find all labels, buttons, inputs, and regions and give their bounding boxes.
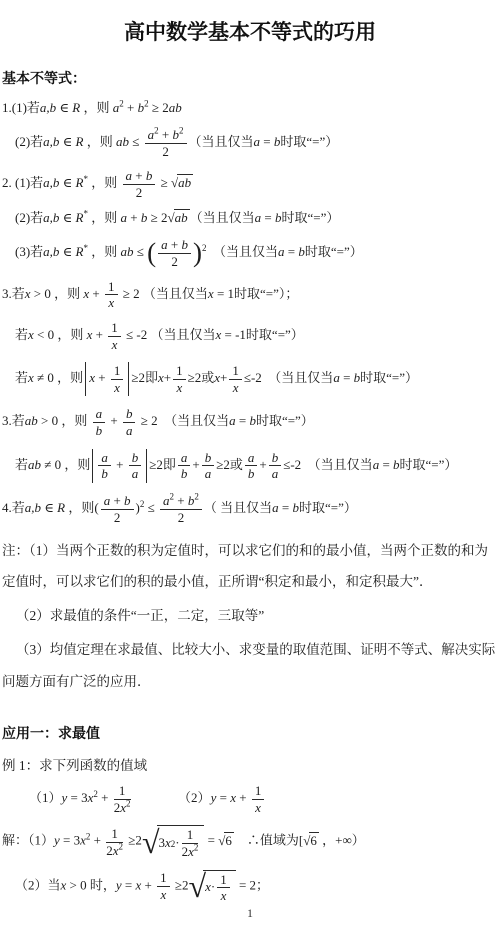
math-text: 2. (1)若 — [2, 175, 43, 190]
math-text: = -1时取“=”） — [221, 327, 304, 342]
big-paren: ) — [193, 238, 202, 268]
math-variable: ab — [28, 457, 41, 472]
math-text: ∈ — [59, 175, 75, 190]
math-text: （当且仅当 — [189, 134, 254, 149]
radicand: 6 — [309, 832, 319, 848]
math-text: 2 — [114, 510, 121, 525]
math-text: · — [175, 835, 179, 852]
fraction: 1x — [105, 280, 118, 310]
math-line: 若ab ≠ 0 ，则ab + ba≥2即ab+ba≥2或ab+ba≤-2 （当且… — [2, 449, 498, 483]
math-line: 若x < 0 ，则 x + 1x ≤ -2 （当且仅当x = -1时取“=”） — [2, 321, 498, 351]
math-line: 1.(1)若a,b ∈ R ，则 a2 + b2 ≥ 2ab — [2, 100, 498, 117]
math-text: ，+∞） — [319, 833, 365, 848]
math-variable: b — [146, 168, 153, 183]
fraction-denominator: b — [245, 466, 258, 481]
fraction-numerator: 1 — [108, 321, 121, 337]
math-text: 1 — [176, 363, 183, 378]
math-text: (2)若 — [15, 210, 43, 225]
math-variable: x — [112, 337, 118, 352]
paragraph: （2）求最值的条件“一正，二定，三取等” — [2, 600, 498, 631]
fraction-numerator: b — [202, 451, 215, 467]
math-text: 6 — [225, 833, 232, 848]
fraction: 12x2 — [106, 827, 123, 857]
math-variable: a — [126, 423, 133, 438]
fraction-denominator: a — [129, 466, 142, 481]
fraction-numerator: b — [123, 407, 136, 423]
fraction-numerator: 1 — [252, 784, 265, 800]
math-text: + — [141, 877, 155, 892]
fraction-numerator: b — [129, 451, 142, 467]
math-text: < 0 ，则 — [34, 327, 87, 342]
math-text: + — [92, 327, 106, 342]
fraction-denominator: a — [269, 466, 282, 481]
math-text: + — [192, 457, 199, 472]
radicand: x·1x — [203, 870, 236, 903]
fraction: ab — [93, 407, 106, 437]
math-text: (2)若 — [15, 134, 43, 149]
math-text: = 2； — [236, 877, 269, 892]
math-text: + — [113, 457, 127, 472]
math-text: ∈ — [59, 134, 75, 149]
math-variable: b — [181, 466, 188, 481]
fraction-denominator: 2x2 — [106, 843, 123, 858]
math-variable: ab — [169, 100, 182, 115]
math-variable: a — [96, 406, 103, 421]
math-text: （ 当且仅当 — [204, 500, 272, 515]
fraction-numerator: 1 — [157, 871, 170, 887]
math-text: （当且仅当 — [190, 210, 255, 225]
superscript: 2 — [179, 126, 184, 136]
paragraph: 例 1：求下列函数的值域 — [2, 755, 498, 777]
math-text: + — [159, 127, 173, 142]
absolute-value: x + 1x — [85, 362, 129, 396]
math-variable: a — [272, 466, 279, 481]
math-line: 2. (1)若a,b ∈ R* ，则 a + b2 ≥ √ab — [2, 169, 498, 199]
math-text: = — [279, 500, 293, 515]
superscript: 2 — [126, 798, 131, 808]
math-text: + — [164, 370, 171, 385]
math-text: ，则( — [65, 500, 99, 515]
fraction-denominator: x — [173, 380, 186, 395]
fraction-numerator: a + b — [101, 494, 134, 510]
math-text: 时取“=”） — [280, 134, 338, 149]
math-text: 时取“=”） — [360, 370, 418, 385]
math-text: > 0 ，则 — [31, 286, 84, 301]
math-text: + — [220, 370, 227, 385]
math-text: ，则 — [80, 100, 113, 115]
fraction: ba — [269, 451, 282, 481]
math-text: = — [260, 134, 274, 149]
math-text: ≥ — [157, 175, 171, 190]
math-text: ≠ 0 ，则 — [41, 457, 90, 472]
math-text: 6 — [310, 833, 317, 848]
math-variable: x — [161, 887, 167, 902]
fraction-numerator: 1 — [106, 827, 123, 843]
fraction-numerator: 1 — [217, 873, 230, 889]
math-text: 时取“=”） — [299, 500, 357, 515]
math-variable: b — [126, 406, 133, 421]
fraction-denominator: 2 — [101, 510, 134, 525]
math-text: ≤ -2 （当且仅当 — [123, 327, 216, 342]
math-text: ∈ — [59, 244, 75, 259]
math-text: = 3 — [60, 833, 80, 848]
square-root: √ab — [171, 175, 193, 192]
math-text: + — [259, 457, 266, 472]
math-variable: R — [76, 175, 84, 190]
math-variable: ab — [121, 244, 134, 259]
math-variable: ab — [116, 134, 129, 149]
math-text: 时取“=”） — [305, 244, 363, 259]
math-text: ≥2即 — [131, 370, 158, 385]
math-text: + — [98, 790, 112, 805]
document-body: 基本不等式：1.(1)若a,b ∈ R ，则 a2 + b2 ≥ 2ab(2)若… — [2, 68, 498, 903]
fraction-denominator: x — [111, 380, 124, 395]
section-heading: 应用一：求最值 — [2, 723, 498, 743]
fraction-denominator: b — [98, 466, 111, 481]
math-text: 2 — [171, 254, 178, 269]
math-variable: ab — [175, 210, 188, 225]
math-text: 1.(1)若 — [2, 100, 40, 115]
math-variable: x — [221, 888, 227, 903]
math-text: ，则 — [88, 244, 121, 259]
math-text: + — [107, 414, 121, 429]
math-text: 2 — [136, 185, 143, 200]
math-text: 2 — [178, 510, 185, 525]
page-title: 高中数学基本不等式的巧用 — [2, 16, 498, 46]
radicand: ab — [177, 174, 193, 190]
math-text: = — [261, 210, 275, 225]
math-variable: b — [248, 466, 255, 481]
math-text: 1 — [111, 320, 118, 335]
math-text: · — [211, 879, 215, 896]
math-line: (3)若a,b ∈ R* ，则 ab ≤ (a + b2)2 （当且仅当a = … — [2, 238, 498, 268]
superscript: 2 — [194, 843, 199, 853]
math-text: 解：（1） — [2, 833, 54, 848]
math-text: 1 — [255, 783, 262, 798]
math-text: 时取“=”） — [282, 210, 340, 225]
math-text: ≥2 — [172, 877, 189, 892]
fraction: ab — [245, 451, 258, 481]
math-text: ≤-2 （当且仅当 — [244, 370, 333, 385]
fraction-denominator: x — [252, 800, 265, 815]
fraction-numerator: 1 — [229, 364, 242, 380]
math-variable: b — [101, 466, 108, 481]
math-text: ≥ 2 — [149, 100, 169, 115]
square-root: √6 — [218, 833, 234, 850]
math-text: 1 — [220, 872, 227, 887]
math-variable: a,b — [25, 500, 41, 515]
math-line: 3.若ab > 0 ，则 ab + ba ≥ 2 （当且仅当a = b时取“=”… — [2, 407, 498, 437]
math-text: + — [110, 493, 124, 508]
square-root: √x·1x — [189, 870, 236, 903]
math-text: + — [89, 286, 103, 301]
fraction: 12x2 — [114, 784, 131, 814]
math-line: 若x ≠ 0 ，则x + 1x≥2即x+1x≥2或x+1x≤-2 （当且仅当a … — [2, 362, 498, 396]
math-text: ≥2 — [125, 833, 142, 848]
radicand: ab — [174, 209, 190, 225]
math-text: 若 — [15, 457, 28, 472]
math-text: + — [124, 100, 138, 115]
math-text: 1 — [187, 827, 194, 842]
math-text: （2） — [133, 790, 211, 805]
fraction-numerator: a + b — [123, 169, 156, 185]
square-root: √6 — [303, 833, 319, 850]
math-text: + — [132, 168, 146, 183]
math-text: = — [122, 877, 136, 892]
math-text: = — [379, 457, 393, 472]
math-variable: R — [76, 134, 84, 149]
math-text: 1 — [108, 279, 115, 294]
paragraph: 注：（1）当两个正数的积为定值时，可以求它们的和的最小值，当两个正数的和为定值时… — [2, 535, 498, 597]
math-text: > 0 ，则 — [38, 414, 91, 429]
superscript: 2 — [194, 492, 199, 502]
math-variable: b — [96, 423, 103, 438]
fraction-denominator: 2 — [123, 185, 156, 200]
math-variable: a — [181, 450, 188, 465]
math-line: 解：（1）y = 3x2 + 12x2 ≥2√3x2·12x2 = √6 ∴值域… — [2, 825, 498, 858]
math-text: + — [127, 210, 141, 225]
fraction: a2 + b22 — [145, 128, 187, 158]
math-line: (2)若a,b ∈ R* ，则 a + b ≥ 2√ab（当且仅当a = b时取… — [2, 210, 498, 227]
math-text: = — [340, 370, 354, 385]
math-variable: a — [205, 466, 212, 481]
math-variable: a — [101, 450, 108, 465]
fraction-denominator: 2 — [158, 254, 191, 269]
math-variable: a,b — [43, 134, 59, 149]
fraction-denominator: a — [202, 466, 215, 481]
page-number: 1 — [0, 906, 500, 921]
math-text: + — [168, 237, 182, 252]
math-variable: x — [255, 800, 261, 815]
math-variable: R — [76, 210, 84, 225]
math-text: 1 — [232, 363, 239, 378]
math-text: 时取“=”） — [400, 457, 458, 472]
fraction: 1x — [111, 364, 124, 394]
math-text: ∈ — [56, 100, 72, 115]
math-text: ，则 — [88, 175, 121, 190]
math-variable: a,b — [43, 210, 59, 225]
math-text: ≥2或 — [188, 370, 215, 385]
fraction-denominator: 2x2 — [182, 844, 199, 859]
math-text: （当且仅当 — [207, 244, 279, 259]
fraction: 1x — [173, 364, 186, 394]
math-text: = — [236, 414, 250, 429]
math-text: 4.若 — [2, 500, 25, 515]
math-text: 3.若 — [2, 286, 25, 301]
square-root: √ab — [168, 210, 190, 227]
math-variable: a,b — [43, 175, 59, 190]
math-text: = 1时取“=”）； — [214, 286, 299, 301]
math-variable: ab — [178, 175, 191, 190]
fraction: 1x — [217, 873, 230, 903]
math-line: (2)若a,b ∈ R ，则 ab ≤ a2 + b22（当且仅当a = b时取… — [2, 128, 498, 158]
math-text: + — [236, 790, 250, 805]
math-text: 1 — [119, 783, 126, 798]
radicand: 6 — [224, 832, 234, 848]
fraction: ab — [178, 451, 191, 481]
fraction: 12x2 — [182, 828, 199, 858]
fraction-numerator: a — [178, 451, 191, 467]
fraction-denominator: x — [217, 888, 230, 903]
math-text: 1 — [114, 363, 121, 378]
superscript: 2 — [119, 841, 124, 851]
math-text: （2）当 — [15, 877, 61, 892]
math-text: ≥ 2 （当且仅当 — [137, 414, 229, 429]
math-variable: a — [132, 466, 139, 481]
math-text: ≤ — [129, 134, 143, 149]
radical-sign-icon: √ — [168, 210, 174, 225]
math-variable: b — [124, 493, 131, 508]
math-text: ≥2或 — [216, 457, 243, 472]
fraction-numerator: 1 — [114, 784, 131, 800]
math-text: 3.若 — [2, 414, 25, 429]
fraction-denominator: x — [229, 380, 242, 395]
fraction-denominator: 2 — [145, 144, 187, 159]
fraction: a + b2 — [123, 169, 156, 199]
math-variable: x — [108, 295, 114, 310]
fraction: ba — [202, 451, 215, 481]
math-text: 若 — [15, 370, 28, 385]
math-text: ∈ — [41, 500, 57, 515]
math-text: = — [204, 833, 218, 848]
math-variable: R — [57, 500, 65, 515]
math-text: = — [285, 244, 299, 259]
square-root: √3x2·12x2 — [142, 825, 204, 858]
fraction: a2 + b22 — [160, 494, 202, 524]
math-variable: x — [176, 380, 182, 395]
math-line: （2）当x > 0 时，y = x + 1x ≥2√x·1x = 2； — [2, 870, 498, 903]
math-variable: x — [233, 380, 239, 395]
math-variable: b — [272, 450, 279, 465]
fraction: 1x — [108, 321, 121, 351]
math-line: 3.若x > 0 ，则 x + 1x ≥ 2 （当且仅当x = 1时取“=”）； — [2, 280, 498, 310]
math-variable: x — [165, 835, 171, 852]
math-text: = — [216, 790, 230, 805]
math-text: ∈ — [59, 210, 75, 225]
fraction-denominator: x — [108, 337, 121, 352]
fraction-numerator: a — [93, 407, 106, 423]
math-text: + — [95, 370, 109, 385]
math-text: ∴值域为[ — [234, 833, 303, 848]
math-text: ，则 — [88, 210, 121, 225]
math-text: 1 — [160, 870, 167, 885]
fraction-numerator: a — [245, 451, 258, 467]
fraction: ba — [123, 407, 136, 437]
fraction-denominator: b — [178, 466, 191, 481]
fraction-numerator: 1 — [111, 364, 124, 380]
fraction-denominator: 2x2 — [114, 800, 131, 815]
math-text: 若 — [15, 327, 28, 342]
fraction: ba — [129, 451, 142, 481]
math-variable: a,b — [40, 100, 56, 115]
math-variable: x — [114, 380, 120, 395]
fraction-numerator: a + b — [158, 238, 191, 254]
fraction-numerator: a2 + b2 — [160, 494, 202, 510]
fraction-denominator: 2 — [160, 510, 202, 525]
fraction-denominator: a — [123, 423, 136, 438]
math-variable: a — [248, 450, 255, 465]
fraction-denominator: x — [105, 295, 118, 310]
section-heading: 基本不等式： — [2, 68, 498, 88]
absolute-value: ab + ba — [92, 449, 147, 483]
math-line: 4.若a,b ∈ R ，则(a + b2)2 ≤ a2 + b22（ 当且仅当a… — [2, 494, 498, 524]
math-text: + — [174, 493, 188, 508]
fraction-numerator: b — [269, 451, 282, 467]
math-variable: ab — [25, 414, 38, 429]
paragraph: （3）均值定理在求最值、比较大小、求变量的取值范围、证明不等式、解决实际问题方面… — [2, 634, 498, 696]
fraction: 1x — [229, 364, 242, 394]
math-variable: b — [182, 237, 189, 252]
fraction-denominator: b — [93, 423, 106, 438]
math-text: ≥ 2 — [147, 210, 167, 225]
math-variable: b — [132, 450, 139, 465]
math-text: ≥ 2 （当且仅当 — [120, 286, 208, 301]
math-variable: b — [205, 450, 212, 465]
math-text: （1） — [29, 790, 62, 805]
fraction: a + b2 — [158, 238, 191, 268]
math-variable: R — [76, 244, 84, 259]
fraction-numerator: 1 — [182, 828, 199, 844]
math-text: (3)若 — [15, 244, 43, 259]
fraction: a + b2 — [101, 494, 134, 524]
math-text: ≤ — [144, 500, 158, 515]
math-text: + — [90, 833, 104, 848]
math-text: ≥2即 — [149, 457, 176, 472]
math-variable: a,b — [43, 244, 59, 259]
radicand: 3x2·12x2 — [157, 825, 205, 858]
math-text: ≤ — [134, 244, 148, 259]
math-text: 1 — [111, 826, 118, 841]
fraction-denominator: x — [157, 887, 170, 902]
fraction-numerator: 1 — [173, 364, 186, 380]
fraction: 1x — [252, 784, 265, 814]
math-text: ，则 — [84, 134, 117, 149]
fraction: ab — [98, 451, 111, 481]
math-text: 2 — [162, 144, 169, 159]
document-page: 高中数学基本不等式的巧用 基本不等式：1.(1)若a,b ∈ R ，则 a2 +… — [0, 0, 500, 928]
fraction-numerator: a — [98, 451, 111, 467]
fraction-numerator: 1 — [105, 280, 118, 296]
math-text: > 0 时， — [66, 877, 116, 892]
math-line: （1）y = 3x2 + 12x2 （2）y = x + 1x — [2, 784, 498, 814]
math-text: ≠ 0 ，则 — [34, 370, 83, 385]
math-text: = 3 — [67, 790, 87, 805]
math-text: 时取“=”） — [256, 414, 314, 429]
math-text: ≤-2 （当且仅当 — [283, 457, 372, 472]
fraction: 1x — [157, 871, 170, 901]
fraction-numerator: a2 + b2 — [145, 128, 187, 144]
big-paren: ( — [147, 238, 156, 268]
